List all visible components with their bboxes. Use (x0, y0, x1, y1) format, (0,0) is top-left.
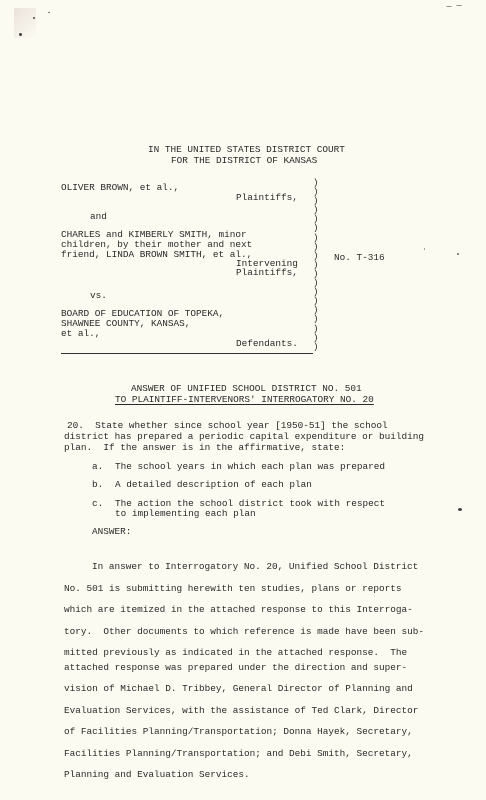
answer-line: mitted previously as indicated in the at… (64, 647, 407, 658)
and-connector: and (90, 211, 107, 222)
scan-speck (19, 33, 22, 36)
scan-speck (446, 6, 452, 7)
defendants-label: Defendants. (236, 338, 298, 349)
intervening-plaintiffs-label: Plaintiffs, (236, 267, 298, 278)
scan-speck (456, 5, 462, 6)
item-b-text: A detailed description of each plan (115, 479, 312, 490)
document-title-line2: TO PLAINTIFF-INTERVENORS' INTERROGATORY … (115, 394, 374, 405)
answer-line: attached response was prepared under the… (64, 662, 407, 673)
answer-line: Facilities Planning/Transportation; and … (64, 748, 413, 759)
item-a-text: The school years in which each plan was … (115, 461, 385, 472)
answer-line: of Facilities Planning/Transportation; D… (64, 726, 413, 737)
scan-speck (458, 508, 462, 511)
caption-paren-column: ) ) ) ) ) ) ) ) ) ) ) ) ) ) ) ) ) ) ) (313, 179, 318, 352)
answer-line: which are itemized in the attached respo… (64, 604, 413, 615)
document-title-line1: ANSWER OF UNIFIED SCHOOL DISTRICT NO. 50… (131, 383, 362, 394)
plaintiff-name: OLIVER BROWN, et al., (61, 182, 179, 193)
answer-line: Evaluation Services, with the assistance… (64, 705, 418, 716)
answer-line: Planning and Evaluation Services. (64, 769, 250, 780)
scan-smudge (14, 8, 36, 38)
court-name-line1: IN THE UNITED STATES DISTRICT COURT (148, 144, 345, 155)
answer-line: tory. Other documents to which reference… (64, 626, 424, 637)
versus: vs. (90, 290, 107, 301)
plaintiffs-label: Plaintiffs, (236, 192, 298, 203)
item-c-marker: c. (92, 498, 103, 509)
answer-line: vision of Michael D. Tribbey, General Di… (64, 683, 413, 694)
answer-line: In answer to Interrogatory No. 20, Unifi… (92, 561, 418, 572)
item-b-marker: b. (92, 479, 103, 490)
scan-speck (33, 17, 35, 19)
interrogatory-line2: district has prepared a periodic capital… (64, 431, 424, 442)
interrogatory-line3: plan. If the answer is in the affirmativ… (64, 442, 345, 453)
answer-line: No. 501 is submitting herewith ten studi… (64, 583, 402, 594)
caption-rule (61, 353, 313, 354)
intervenors-line3: friend, LINDA BROWN SMITH, et al., (61, 249, 252, 260)
case-number: No. T-316 (334, 252, 385, 263)
scan-speck (48, 12, 50, 13)
document-page: IN THE UNITED STATES DISTRICT COURT FOR … (0, 0, 486, 800)
scan-speck (457, 253, 459, 255)
scan-speck (424, 248, 425, 250)
answer-label: ANSWER: (92, 526, 131, 537)
item-c-text-continued: to implementing each plan (115, 508, 256, 519)
interrogatory-line1: 20. State whether since school year [195… (67, 420, 388, 431)
court-name-line2: FOR THE DISTRICT OF KANSAS (171, 155, 317, 166)
item-a-marker: a. (92, 461, 103, 472)
defendant-line3: et al., (61, 328, 100, 339)
